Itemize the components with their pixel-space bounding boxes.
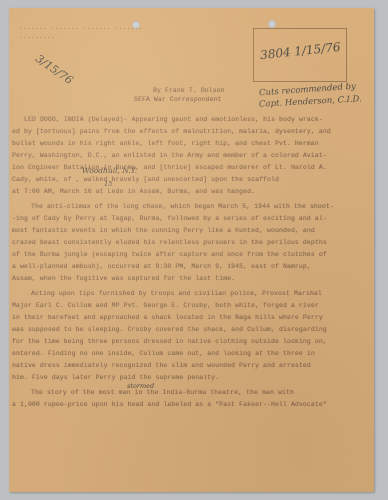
body-line: at 7:00 AM, March 16 at Ledo in Assam, B… bbox=[12, 189, 255, 195]
punch-hole bbox=[268, 20, 276, 28]
handwritten-note-line2: Capt. Henderson, C.I.D. bbox=[259, 95, 362, 109]
body-line: was supposed to be sleeping. Crosby cove… bbox=[12, 327, 327, 333]
handwritten-hometown-insert: Woodhull, N.Y. bbox=[82, 167, 137, 175]
body-line: The anti-climax of the long chase, which… bbox=[31, 204, 334, 210]
handwritten-date-correction: 15 bbox=[104, 181, 112, 188]
stamp-handwritten-number: 3804 1/15/76 bbox=[260, 41, 341, 61]
body-line: of the Burma jungle (escaping twice afte… bbox=[12, 252, 327, 258]
body-line: bullet wounds in his right ankle, left f… bbox=[12, 141, 319, 147]
stamp-box: 3804 1/15/76 bbox=[253, 28, 347, 82]
body-line: ed by [tortuous] pains from the effects … bbox=[12, 129, 331, 135]
body-line: most fantastic events in which the cunni… bbox=[12, 228, 315, 234]
body-line: Assam, when the fugitive was captured fo… bbox=[12, 276, 235, 282]
header-typed-line: ....... ....... ....... ....... bbox=[19, 25, 143, 31]
typed-document-page: ....... ....... ....... ....... ........… bbox=[9, 8, 374, 492]
handwritten-word-insert: stormed bbox=[127, 383, 154, 390]
handwritten-date-top-left: 3/15/76 bbox=[34, 53, 75, 86]
body-line: Major Earl C. Cullum and MP Pvt. George … bbox=[12, 303, 319, 309]
byline-title: SEFA War Correspondent bbox=[134, 97, 222, 103]
body-line: Acting upon tips furnished by troops and… bbox=[31, 291, 322, 297]
body-line: in their barefeet and approached a shack… bbox=[12, 315, 323, 321]
body-line: Perry, Washington, D.C., an enlisted in … bbox=[12, 153, 327, 159]
body-line: a well-planned ambush), occurred at 9:30… bbox=[12, 264, 311, 270]
body-line: him. Five days later Perry paid the supr… bbox=[12, 375, 219, 381]
body-line: -ing of Cady by Perry at Tagap, Burma, f… bbox=[12, 216, 327, 222]
body-line: crazed beast consistently eluded his rel… bbox=[12, 240, 327, 246]
body-line: Cady, white, of , walked bravely [and un… bbox=[12, 177, 279, 183]
body-line: entered. Finding no one inside, Cullum c… bbox=[12, 351, 315, 357]
body-line: LED DOGO, INDIA (Delayed)- Appearing gau… bbox=[24, 117, 323, 123]
body-line: The story of the most man in the India-B… bbox=[31, 390, 294, 396]
header-typed-subline: ......... bbox=[19, 34, 55, 40]
byline-author: By Frank T. Dolson bbox=[153, 88, 225, 94]
body-line: for the time being three persons dressed… bbox=[12, 339, 327, 345]
body-line: a 1,000 rupee-price upon his head and la… bbox=[12, 402, 327, 408]
body-line: native dress immediately recognized the … bbox=[12, 363, 311, 369]
body-line: ion Engineer Battalion in Burma, and [th… bbox=[12, 165, 327, 171]
